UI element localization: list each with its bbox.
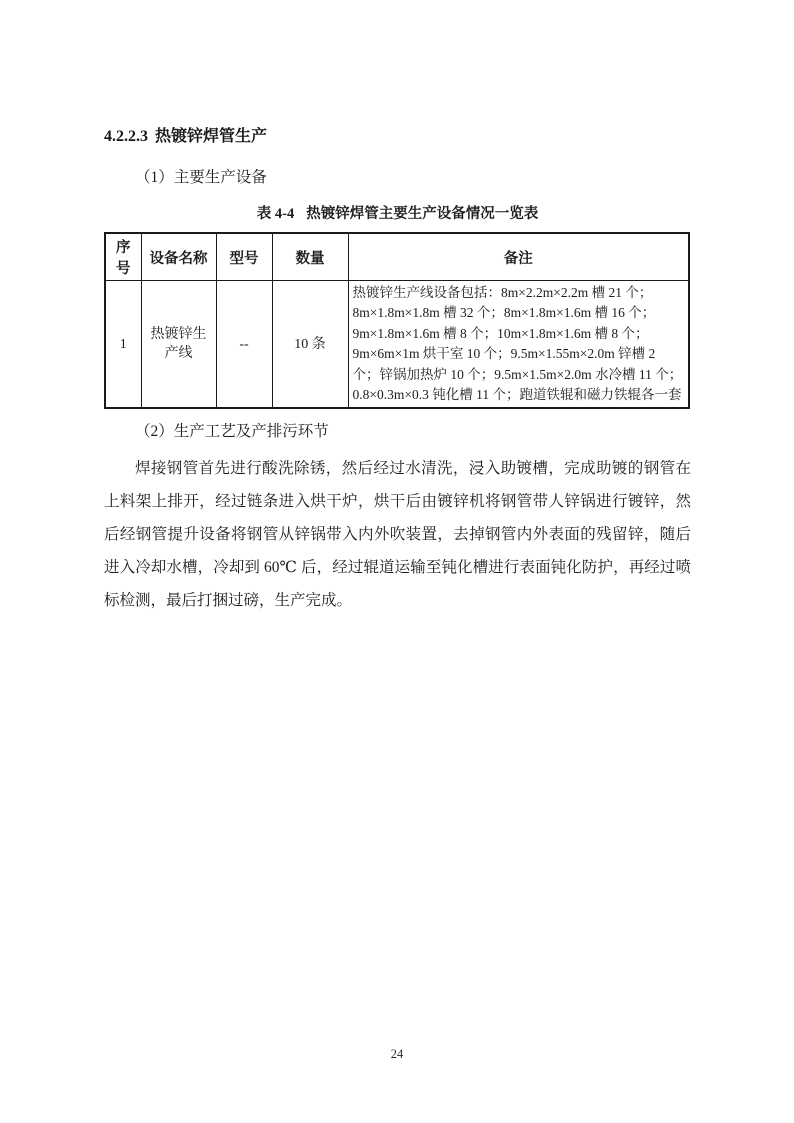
table-caption: 表 4-4热镀锌焊管主要生产设备情况一览表 <box>104 204 691 224</box>
table-row: 1 热镀锌生产线 -- 10 条 热镀锌生产线设备包括：8m×2.2m×2.2m… <box>105 281 689 409</box>
cell-equipment-name: 热镀锌生产线 <box>141 281 216 409</box>
page-content: 4.2.2.3热镀锌焊管生产 （1）主要生产设备 表 4-4热镀锌焊管主要生产设… <box>0 0 794 617</box>
equipment-table: 序号 设备名称 型号 数量 备注 1 热镀锌生产线 -- 10 条 热镀锌生产线… <box>104 232 690 409</box>
subsection-2-label: （2）生产工艺及产排污环节 <box>104 420 691 443</box>
document-page: 4.2.2.3热镀锌焊管生产 （1）主要生产设备 表 4-4热镀锌焊管主要生产设… <box>0 0 794 1123</box>
header-model: 型号 <box>216 233 272 281</box>
table-header-row: 序号 设备名称 型号 数量 备注 <box>105 233 689 281</box>
cell-seq: 1 <box>105 281 141 409</box>
header-remark: 备注 <box>348 233 689 281</box>
subsection-1-label: （1）主要生产设备 <box>104 166 691 189</box>
table-caption-label: 表 4-4 <box>257 206 294 222</box>
cell-quantity: 10 条 <box>272 281 348 409</box>
process-paragraph: 焊接钢管首先进行酸洗除锈，然后经过水清洗，浸入助镀槽，完成助镀的钢管在上料架上排… <box>104 452 691 617</box>
table-caption-title: 热镀锌焊管主要生产设备情况一览表 <box>306 206 538 222</box>
section-title: 热镀锌焊管生产 <box>155 128 267 145</box>
header-equipment-name: 设备名称 <box>141 233 216 281</box>
cell-remark: 热镀锌生产线设备包括：8m×2.2m×2.2m 槽 21 个；8m×1.8m×1… <box>348 281 689 409</box>
section-heading: 4.2.2.3热镀锌焊管生产 <box>104 126 691 148</box>
header-seq: 序号 <box>105 233 141 281</box>
page-number: 24 <box>0 1047 794 1062</box>
header-quantity: 数量 <box>272 233 348 281</box>
cell-model: -- <box>216 281 272 409</box>
section-number: 4.2.2.3 <box>104 128 148 145</box>
